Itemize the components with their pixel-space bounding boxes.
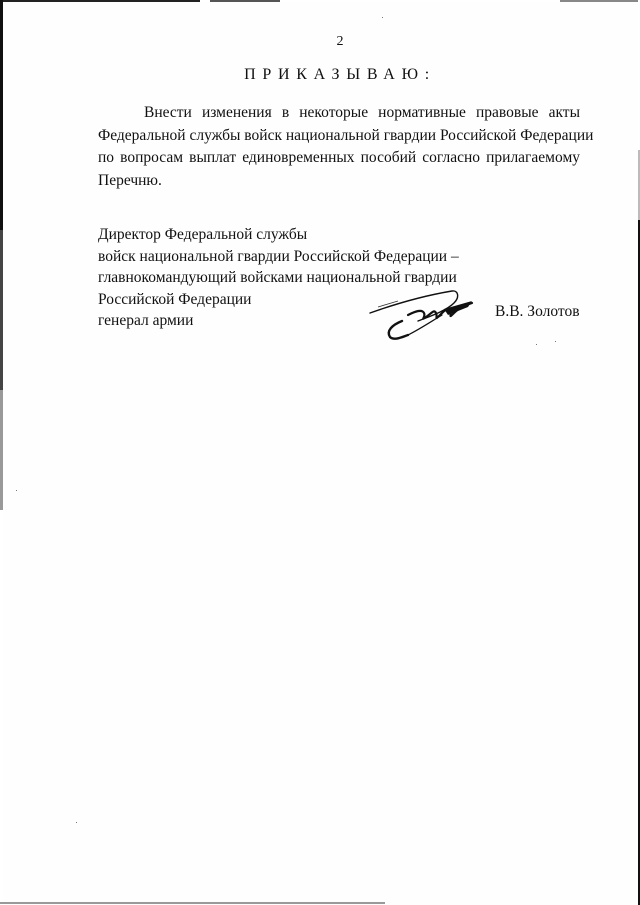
signatory-title-line: войск национальной гвардии Российской Фе… bbox=[98, 246, 459, 268]
scan-edge-bottom bbox=[0, 902, 385, 904]
body-line: Федеральной службы войск национальной гв… bbox=[98, 125, 580, 148]
signer-name: В.В. Золотов bbox=[495, 303, 580, 321]
page-number: 2 bbox=[0, 34, 640, 50]
body-line: Перечню. bbox=[98, 170, 580, 193]
scan-speck bbox=[382, 17, 383, 18]
scan-speck bbox=[16, 490, 17, 491]
document-page: 2 ПРИКАЗЫВАЮ: Внести изменения в некотор… bbox=[0, 0, 640, 905]
scan-speck bbox=[555, 341, 556, 342]
order-body: Внести изменения в некоторые нормативные… bbox=[98, 102, 580, 192]
scan-speck bbox=[76, 822, 77, 823]
signatory-title-line: Директор Федеральной службы bbox=[98, 224, 459, 246]
scan-speck bbox=[536, 344, 537, 345]
scan-edge-top bbox=[0, 0, 638, 2]
signature-icon bbox=[368, 285, 486, 349]
body-line: Внести изменения в некоторые нормативные… bbox=[98, 102, 580, 125]
body-line: по вопросам выплат единовременных пособи… bbox=[98, 147, 580, 170]
order-heading: ПРИКАЗЫВАЮ: bbox=[0, 66, 640, 84]
scan-edge-left bbox=[0, 0, 3, 905]
